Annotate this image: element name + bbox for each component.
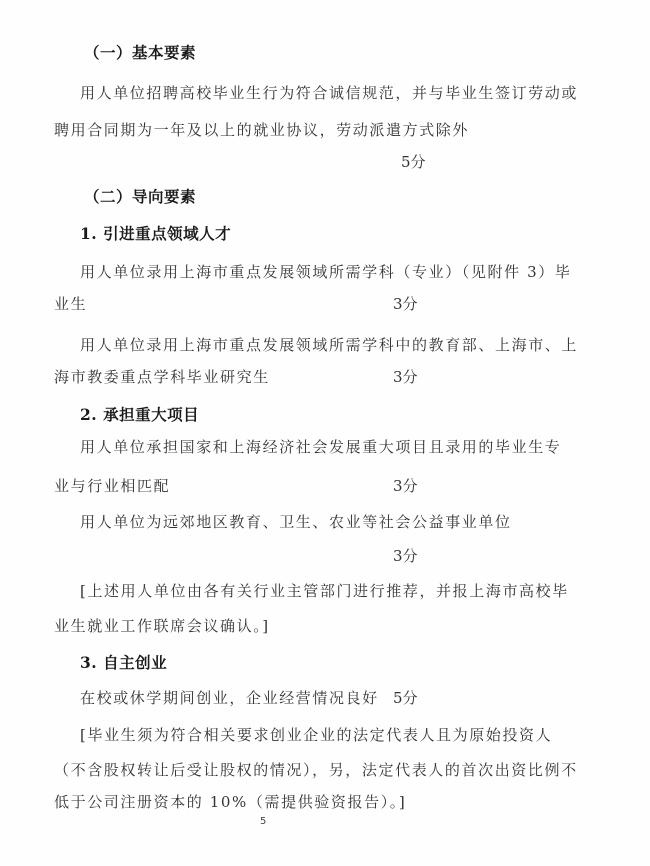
score-label: 3分 <box>393 367 418 387</box>
score-label: 3分 <box>393 294 418 314</box>
paragraph-line: 聘用合同期为一年及以上的就业协议，劳动派遣方式除外 <box>54 120 469 140</box>
paragraph-line: 业生 <box>54 294 87 314</box>
section-heading-guidance-elements: （二）导向要素 <box>84 187 196 207</box>
subsection-heading-entrepreneurship: 3. 自主创业 <box>80 653 167 673</box>
note-line: 低于公司注册资本的 10%（需提供验资报告）。] <box>54 792 406 812</box>
paragraph-line: 用人单位承担国家和上海经济社会发展重大项目且录用的毕业生专 <box>80 437 561 457</box>
score-label: 5分 <box>393 688 418 708</box>
score-label: 3分 <box>393 476 418 496</box>
note-line: [上述用人单位由各有关行业主管部门进行推荐，并报上海市高校毕 <box>80 581 569 601</box>
page-number: 5 <box>260 816 266 828</box>
paragraph-line: 在校或休学期间创业，企业经营情况良好 <box>80 688 379 708</box>
note-line: [毕业生须为符合相关要求创业企业的法定代表人且为原始投资人 <box>80 725 552 745</box>
subsection-heading-key-talent: 1. 引进重点领域人才 <box>80 224 231 244</box>
paragraph-line: 用人单位为远郊地区教育、卫生、农业等社会公益事业单位 <box>80 512 512 532</box>
subsection-heading-major-projects: 2. 承担重大项目 <box>80 405 199 425</box>
paragraph-line: 用人单位录用上海市重点发展领域所需学科中的教育部、上海市、上 <box>80 335 578 355</box>
section-heading-basic-elements: （一）基本要素 <box>84 43 196 63</box>
score-label: 3分 <box>393 546 418 566</box>
paragraph-line: 业与行业相匹配 <box>54 476 170 496</box>
paragraph-line: 用人单位招聘高校毕业生行为符合诚信规范，并与毕业生签订劳动或 <box>80 83 578 103</box>
paragraph-line: 海市教委重点学科毕业研究生 <box>54 367 270 387</box>
document-page: （一）基本要素 用人单位招聘高校毕业生行为符合诚信规范，并与毕业生签订劳动或 聘… <box>0 0 650 866</box>
note-line: （不含股权转让后受让股权的情况），另，法定代表人的首次出资比例不 <box>54 760 578 780</box>
score-label: 5分 <box>401 152 426 172</box>
paragraph-line: 用人单位录用上海市重点发展领域所需学科（专业）（见附件 3）毕 <box>80 262 571 282</box>
note-line: 业生就业工作联席会议确认。] <box>54 616 270 636</box>
